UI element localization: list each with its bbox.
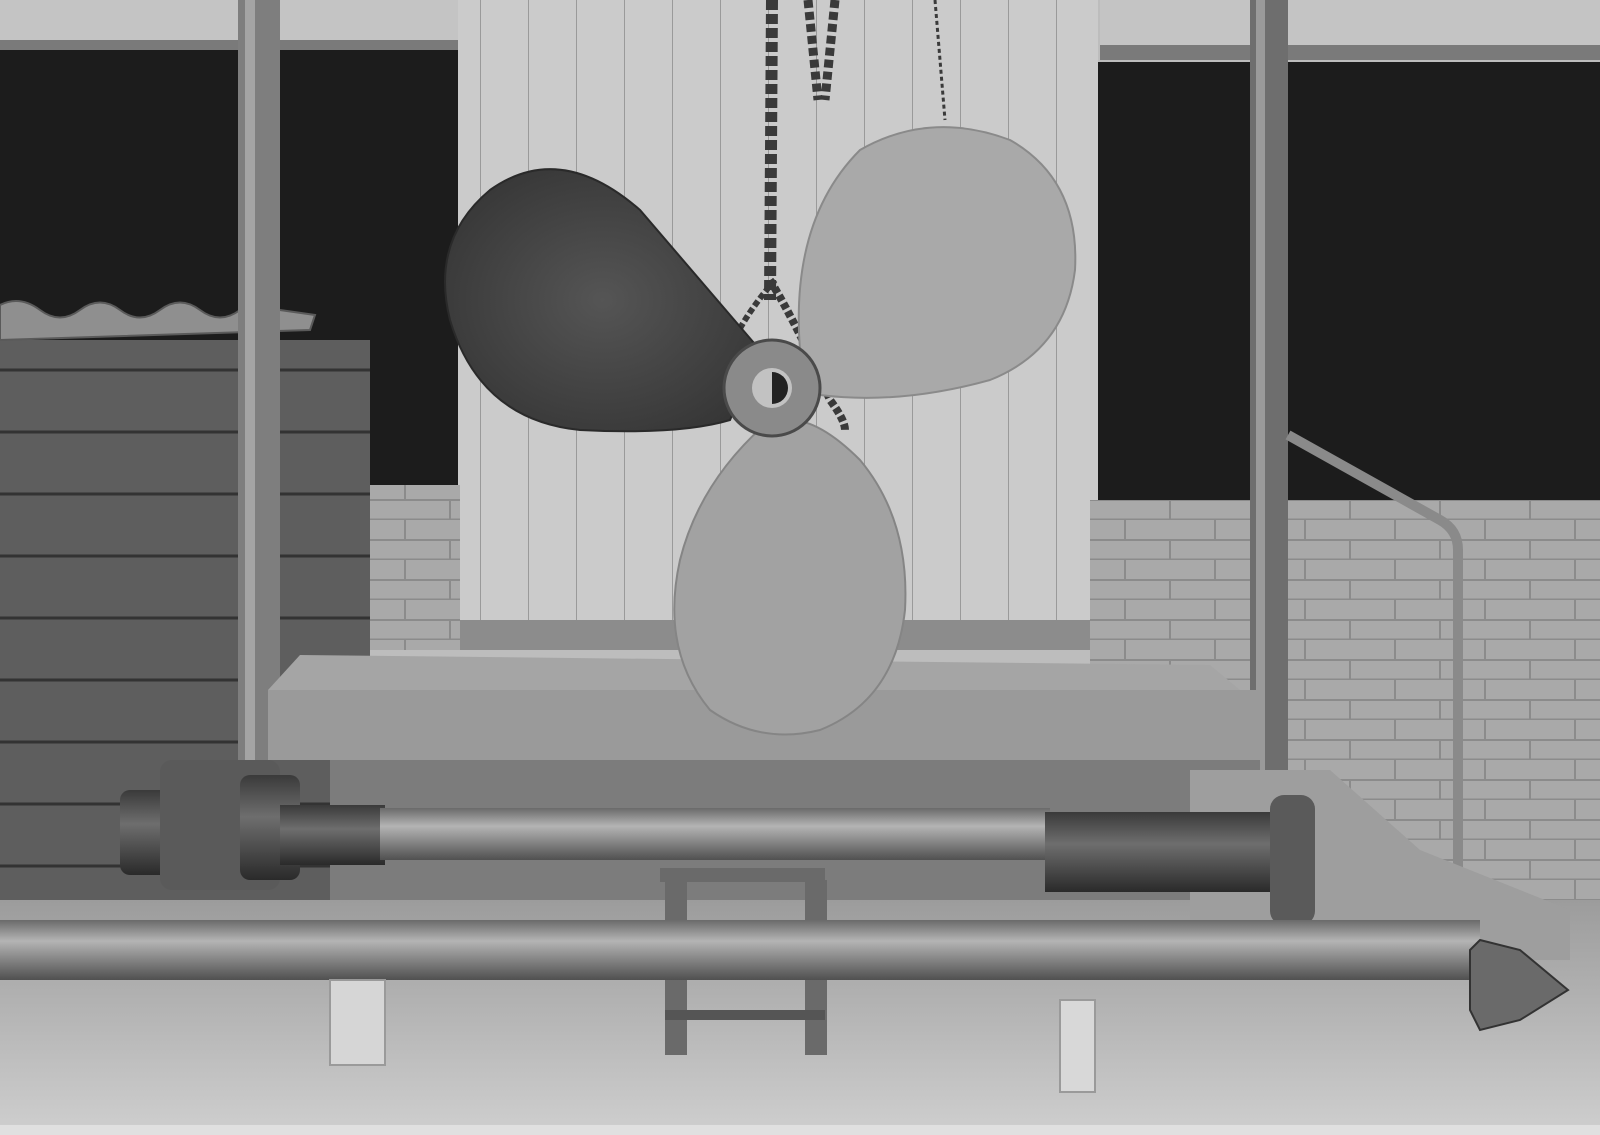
stone-wall-left — [360, 485, 460, 650]
pillar-right — [1250, 0, 1288, 770]
wooden-block-right — [1060, 1000, 1095, 1092]
propeller-photograph — [0, 0, 1600, 1135]
photo-scene — [0, 0, 1600, 1135]
pillar-left — [238, 0, 280, 760]
wooden-block-left — [330, 980, 385, 1065]
dark-window-right — [1098, 62, 1600, 502]
